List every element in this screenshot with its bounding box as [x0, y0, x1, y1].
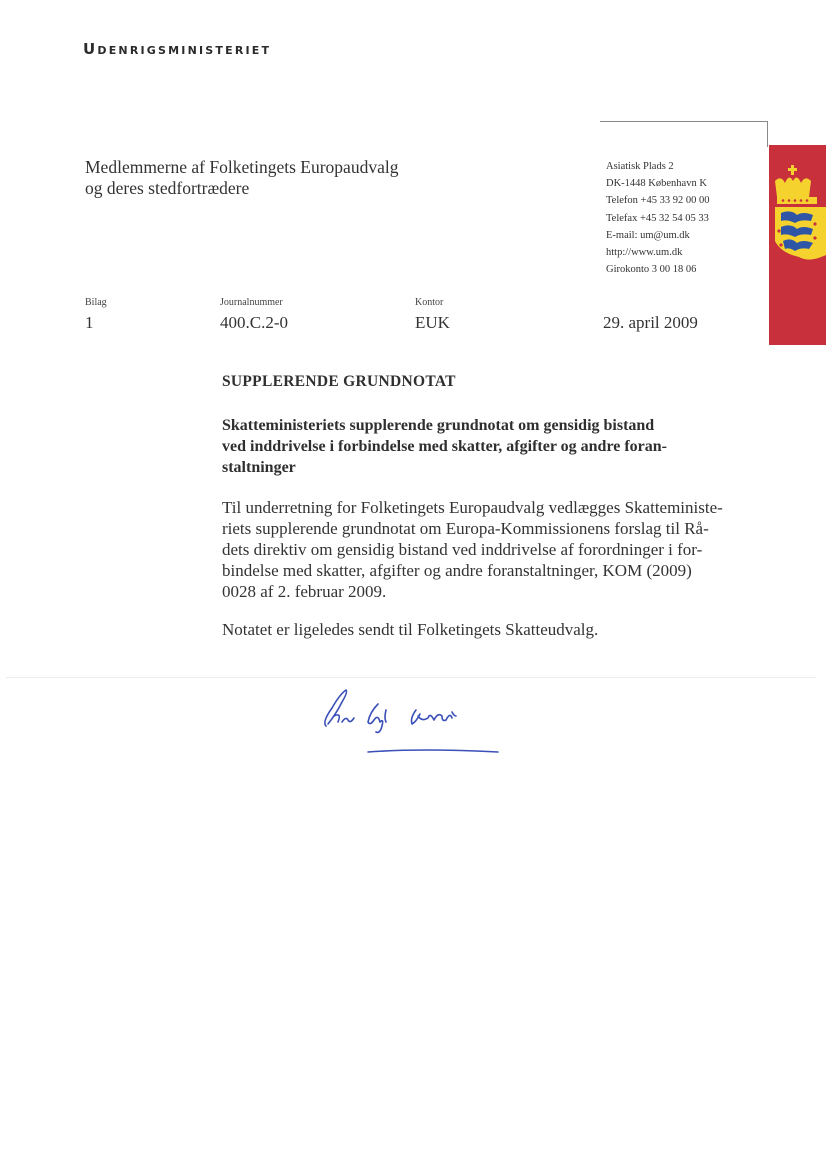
note-paragraph: Notatet er ligeledes sendt til Folketing…: [222, 620, 598, 640]
scan-artifact-line: [6, 677, 816, 678]
recipient-line: Medlemmerne af Folketingets Europaudvalg: [85, 157, 398, 178]
document-title: SUPPLERENDE GRUNDNOTAT: [222, 373, 456, 391]
kontor-label: Kontor: [415, 297, 443, 308]
subtitle-line: ved inddrivelse i forbindelse med skatte…: [222, 436, 742, 457]
signature: [312, 682, 512, 762]
journal-value: 400.C.2-0: [220, 313, 288, 333]
ministry-name: Udenrigsministeriet: [83, 40, 271, 58]
address-line: Telefax +45 32 54 05 33: [606, 210, 709, 227]
bilag-value: 1: [85, 313, 94, 333]
address-line: Asiatisk Plads 2: [606, 158, 709, 175]
body-line: riets supplerende grundnotat om Europa-K…: [222, 518, 752, 539]
address-line: Telefon +45 33 92 00 00: [606, 192, 709, 209]
danish-coat-of-arms-icon: [769, 145, 826, 345]
document-date: 29. april 2009: [603, 313, 698, 333]
subtitle-line: staltninger: [222, 457, 742, 478]
body-line: Til underretning for Folketingets Europa…: [222, 497, 752, 518]
body-line: bindelse med skatter, afgifter og andre …: [222, 560, 752, 581]
subtitle-line: Skatteministeriets supplerende grundnota…: [222, 415, 742, 436]
address-line: DK-1448 København K: [606, 175, 709, 192]
corner-rule: [600, 121, 768, 122]
body-paragraph: Til underretning for Folketingets Europa…: [222, 497, 752, 602]
emblem-banner: [769, 145, 826, 345]
bilag-label: Bilag: [85, 297, 107, 308]
handwritten-signature-icon: [312, 682, 512, 762]
document-subtitle: Skatteministeriets supplerende grundnota…: [222, 415, 742, 478]
recipient-line: og deres stedfortrædere: [85, 178, 398, 199]
address-line: Girokonto 3 00 18 06: [606, 261, 709, 278]
recipient-block: Medlemmerne af Folketingets Europaudvalg…: [85, 157, 398, 199]
address-email[interactable]: E-mail: um@um.dk: [606, 227, 709, 244]
journal-label: Journalnummer: [220, 297, 283, 308]
body-line: 0028 af 2. februar 2009.: [222, 581, 752, 602]
corner-rule: [767, 121, 768, 147]
address-website[interactable]: http://www.um.dk: [606, 244, 709, 261]
body-line: dets direktiv om gensidig bistand ved in…: [222, 539, 752, 560]
kontor-value: EUK: [415, 313, 450, 333]
sender-address: Asiatisk Plads 2 DK-1448 København K Tel…: [606, 158, 709, 278]
